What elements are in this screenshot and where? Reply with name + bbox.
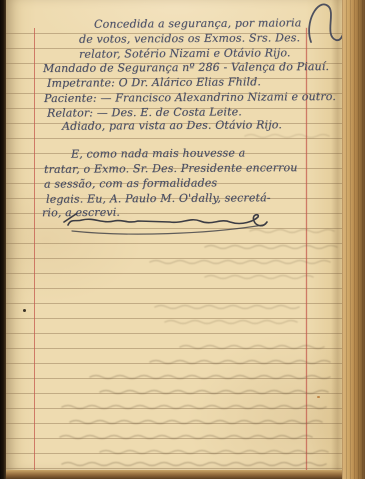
ink-speck [23, 309, 26, 312]
scanned-ledger-page: Concedida a segurança, por maioria de vo… [0, 0, 365, 479]
bleed-through-ghost-text [6, 0, 342, 470]
book-binding-gutter [0, 0, 6, 479]
rust-speck [317, 396, 320, 398]
paper-sheet: Concedida a segurança, por maioria de vo… [6, 0, 342, 470]
page-edge-bottom [6, 470, 342, 479]
page-stack-edge-right [342, 0, 365, 479]
